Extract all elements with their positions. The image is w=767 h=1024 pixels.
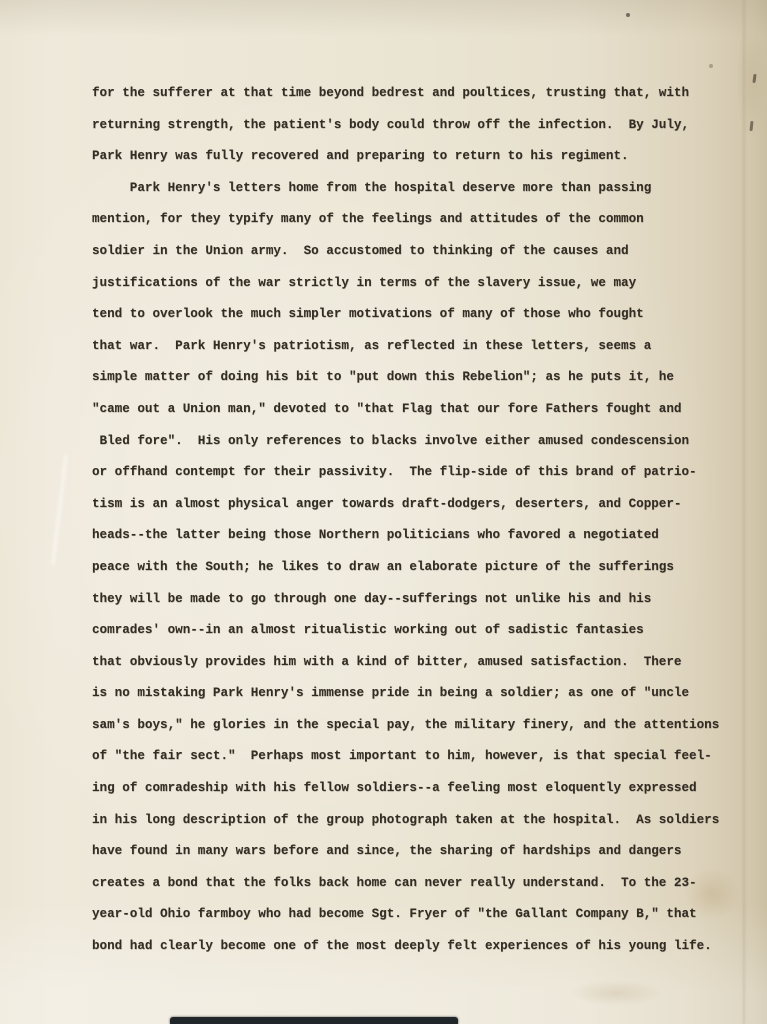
text-line: tend to overlook the much simpler motiva…	[92, 299, 732, 331]
text-line: Park Henry was fully recovered and prepa…	[92, 141, 732, 173]
text-line: that war. Park Henry's patriotism, as re…	[92, 331, 732, 363]
ink-speck	[626, 13, 630, 17]
typewritten-text-block: for the sufferer at that time beyond bed…	[92, 78, 732, 963]
text-line: mention, for they typify many of the fee…	[92, 204, 732, 236]
text-line: heads--the latter being those Northern p…	[92, 520, 732, 552]
text-line: creates a bond that the folks back home …	[92, 868, 732, 900]
text-line: comrades' own--in an almost ritualistic …	[92, 615, 732, 647]
text-line: they will be made to go through one day-…	[92, 584, 732, 616]
paper-stain	[683, 868, 741, 920]
text-line: that obviously provides him with a kind …	[92, 647, 732, 679]
scan-artifact-bar	[170, 1017, 458, 1024]
text-line: "came out a Union man," devoted to "that…	[92, 394, 732, 426]
paper-crease	[51, 455, 67, 565]
text-line: peace with the South; he likes to draw a…	[92, 552, 732, 584]
text-line: Park Henry's letters home from the hospi…	[92, 173, 732, 205]
text-line: bond had clearly become one of the most …	[92, 931, 732, 963]
text-line: of "the fair sect." Perhaps most importa…	[92, 741, 732, 773]
text-line: is no mistaking Park Henry's immense pri…	[92, 678, 732, 710]
paper-stain	[568, 980, 664, 1006]
text-line: simple matter of doing his bit to "put d…	[92, 362, 732, 394]
text-line: Bled fore". His only references to black…	[92, 426, 732, 458]
paper-edge-crease	[743, 0, 745, 1024]
text-line: have found in many wars before and since…	[92, 836, 732, 868]
text-line: soldier in the Union army. So accustomed…	[92, 236, 732, 268]
text-line: for the sufferer at that time beyond bed…	[92, 78, 732, 110]
text-line: or offhand contempt for their passivity.…	[92, 457, 732, 489]
text-line: justifications of the war strictly in te…	[92, 268, 732, 300]
paper-stain	[736, 20, 766, 140]
text-line: returning strength, the patient's body c…	[92, 110, 732, 142]
ink-speck	[709, 64, 713, 68]
text-line: tism is an almost physical anger towards…	[92, 489, 732, 521]
text-line: ing of comradeship with his fellow soldi…	[92, 773, 732, 805]
text-line: in his long description of the group pho…	[92, 805, 732, 837]
text-line: year-old Ohio farmboy who had become Sgt…	[92, 899, 732, 931]
text-line: sam's boys," he glories in the special p…	[92, 710, 732, 742]
scanned-page: for the sufferer at that time beyond bed…	[0, 0, 767, 1024]
